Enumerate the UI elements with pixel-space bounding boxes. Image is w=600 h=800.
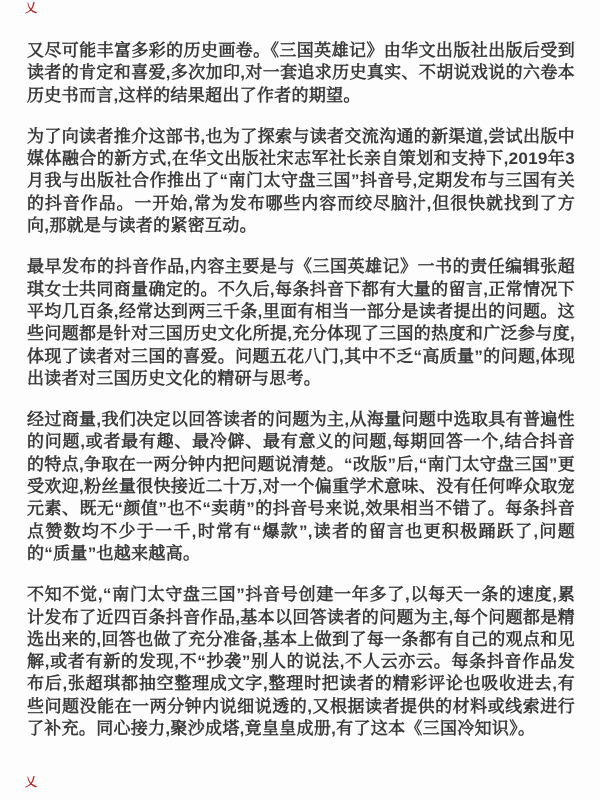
book-page: 乂 又尽可能丰富多彩的历史画卷。《三国英雄记》由华文出版社出版后受到读者的肯定和… [0,0,600,800]
red-stamp-icon-top: 乂 [25,2,37,14]
paragraph-2: 为了向读者推介这部书,也为了探索与读者交流沟通的新渠道,尝试出版中媒体融合的新方… [27,126,575,237]
paragraph-4: 经过商量,我们决定以回答读者的问题为主,从海量问题中选取具有普遍性的问题,或者最… [27,409,575,565]
paragraph-3: 最早发布的抖音作品,内容主要是与《三国英雄记》一书的责任编辑张超琪女士共同商量确… [27,256,575,390]
paragraph-5: 不知不觉,“南门太守盘三国”抖音号创建一年多了,以每天一条的速度,累计发布了近四… [27,584,575,740]
paragraph-1: 又尽可能丰富多彩的历史画卷。《三国英雄记》由华文出版社出版后受到读者的肯定和喜爱… [27,40,575,107]
red-stamp-icon-bottom: 乂 [25,776,37,788]
body-text: 又尽可能丰富多彩的历史画卷。《三国英雄记》由华文出版社出版后受到读者的肯定和喜爱… [27,40,575,759]
